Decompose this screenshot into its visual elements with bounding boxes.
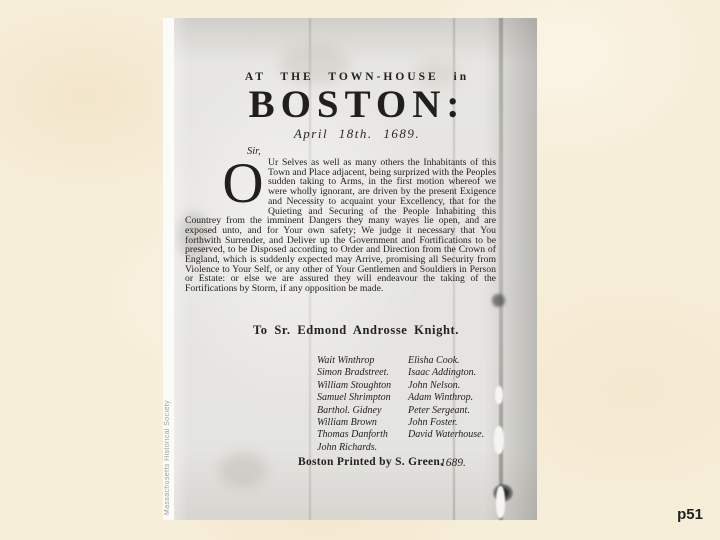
signature: David Waterhouse. [408, 429, 484, 441]
signature: Simon Bradstreet. [317, 367, 408, 379]
signature: John Foster. [408, 417, 484, 429]
address-line: To Sr. Edmond Androsse Knight. [253, 323, 459, 338]
signature: John Nelson. [408, 380, 484, 392]
signature: William Stoughton [317, 380, 408, 392]
broadside-photo: AT THE TOWN-HOUSE in BOSTON: April 18th.… [163, 18, 537, 520]
signature: Thomas Danforth [317, 429, 408, 441]
signature: Samuel Shrimpton [317, 392, 408, 404]
signature: William Brown [317, 417, 408, 429]
signature-block: Wait Winthrop Simon Bradstreet. William … [317, 355, 484, 454]
imprint-year: 1689. [440, 457, 466, 469]
signature: Isaac Addington. [408, 367, 484, 379]
page-number-label: p51 [677, 506, 703, 523]
broadside-date: April 18th. 1689. [177, 126, 537, 142]
signature: Wait Winthrop [317, 355, 408, 367]
signature: Adam Winthrop. [408, 392, 484, 404]
drop-cap: O [221, 161, 265, 207]
presentation-slide: AT THE TOWN-HOUSE in BOSTON: April 18th.… [0, 0, 720, 540]
signature: Barthol. Gidney [317, 405, 408, 417]
broadside-body-paragraph: OUr Selves as well as many others the In… [185, 158, 496, 294]
archive-credit-strip: Massachusetts Historical Society [163, 18, 174, 520]
signature: Elisha Cook. [408, 355, 484, 367]
signature-column-right: Elisha Cook. Isaac Addington. John Nelso… [408, 355, 484, 454]
broadside-title: BOSTON: [177, 82, 537, 127]
signature: Peter Sergeant. [408, 405, 484, 417]
printer-imprint: Boston Printed by S. Green. [298, 456, 443, 468]
archive-credit-text: Massachusetts Historical Society [164, 400, 171, 515]
signature: John Richards. [317, 442, 408, 454]
broadside-content: AT THE TOWN-HOUSE in BOSTON: April 18th.… [163, 18, 537, 520]
signature-column-left: Wait Winthrop Simon Bradstreet. William … [317, 355, 408, 454]
